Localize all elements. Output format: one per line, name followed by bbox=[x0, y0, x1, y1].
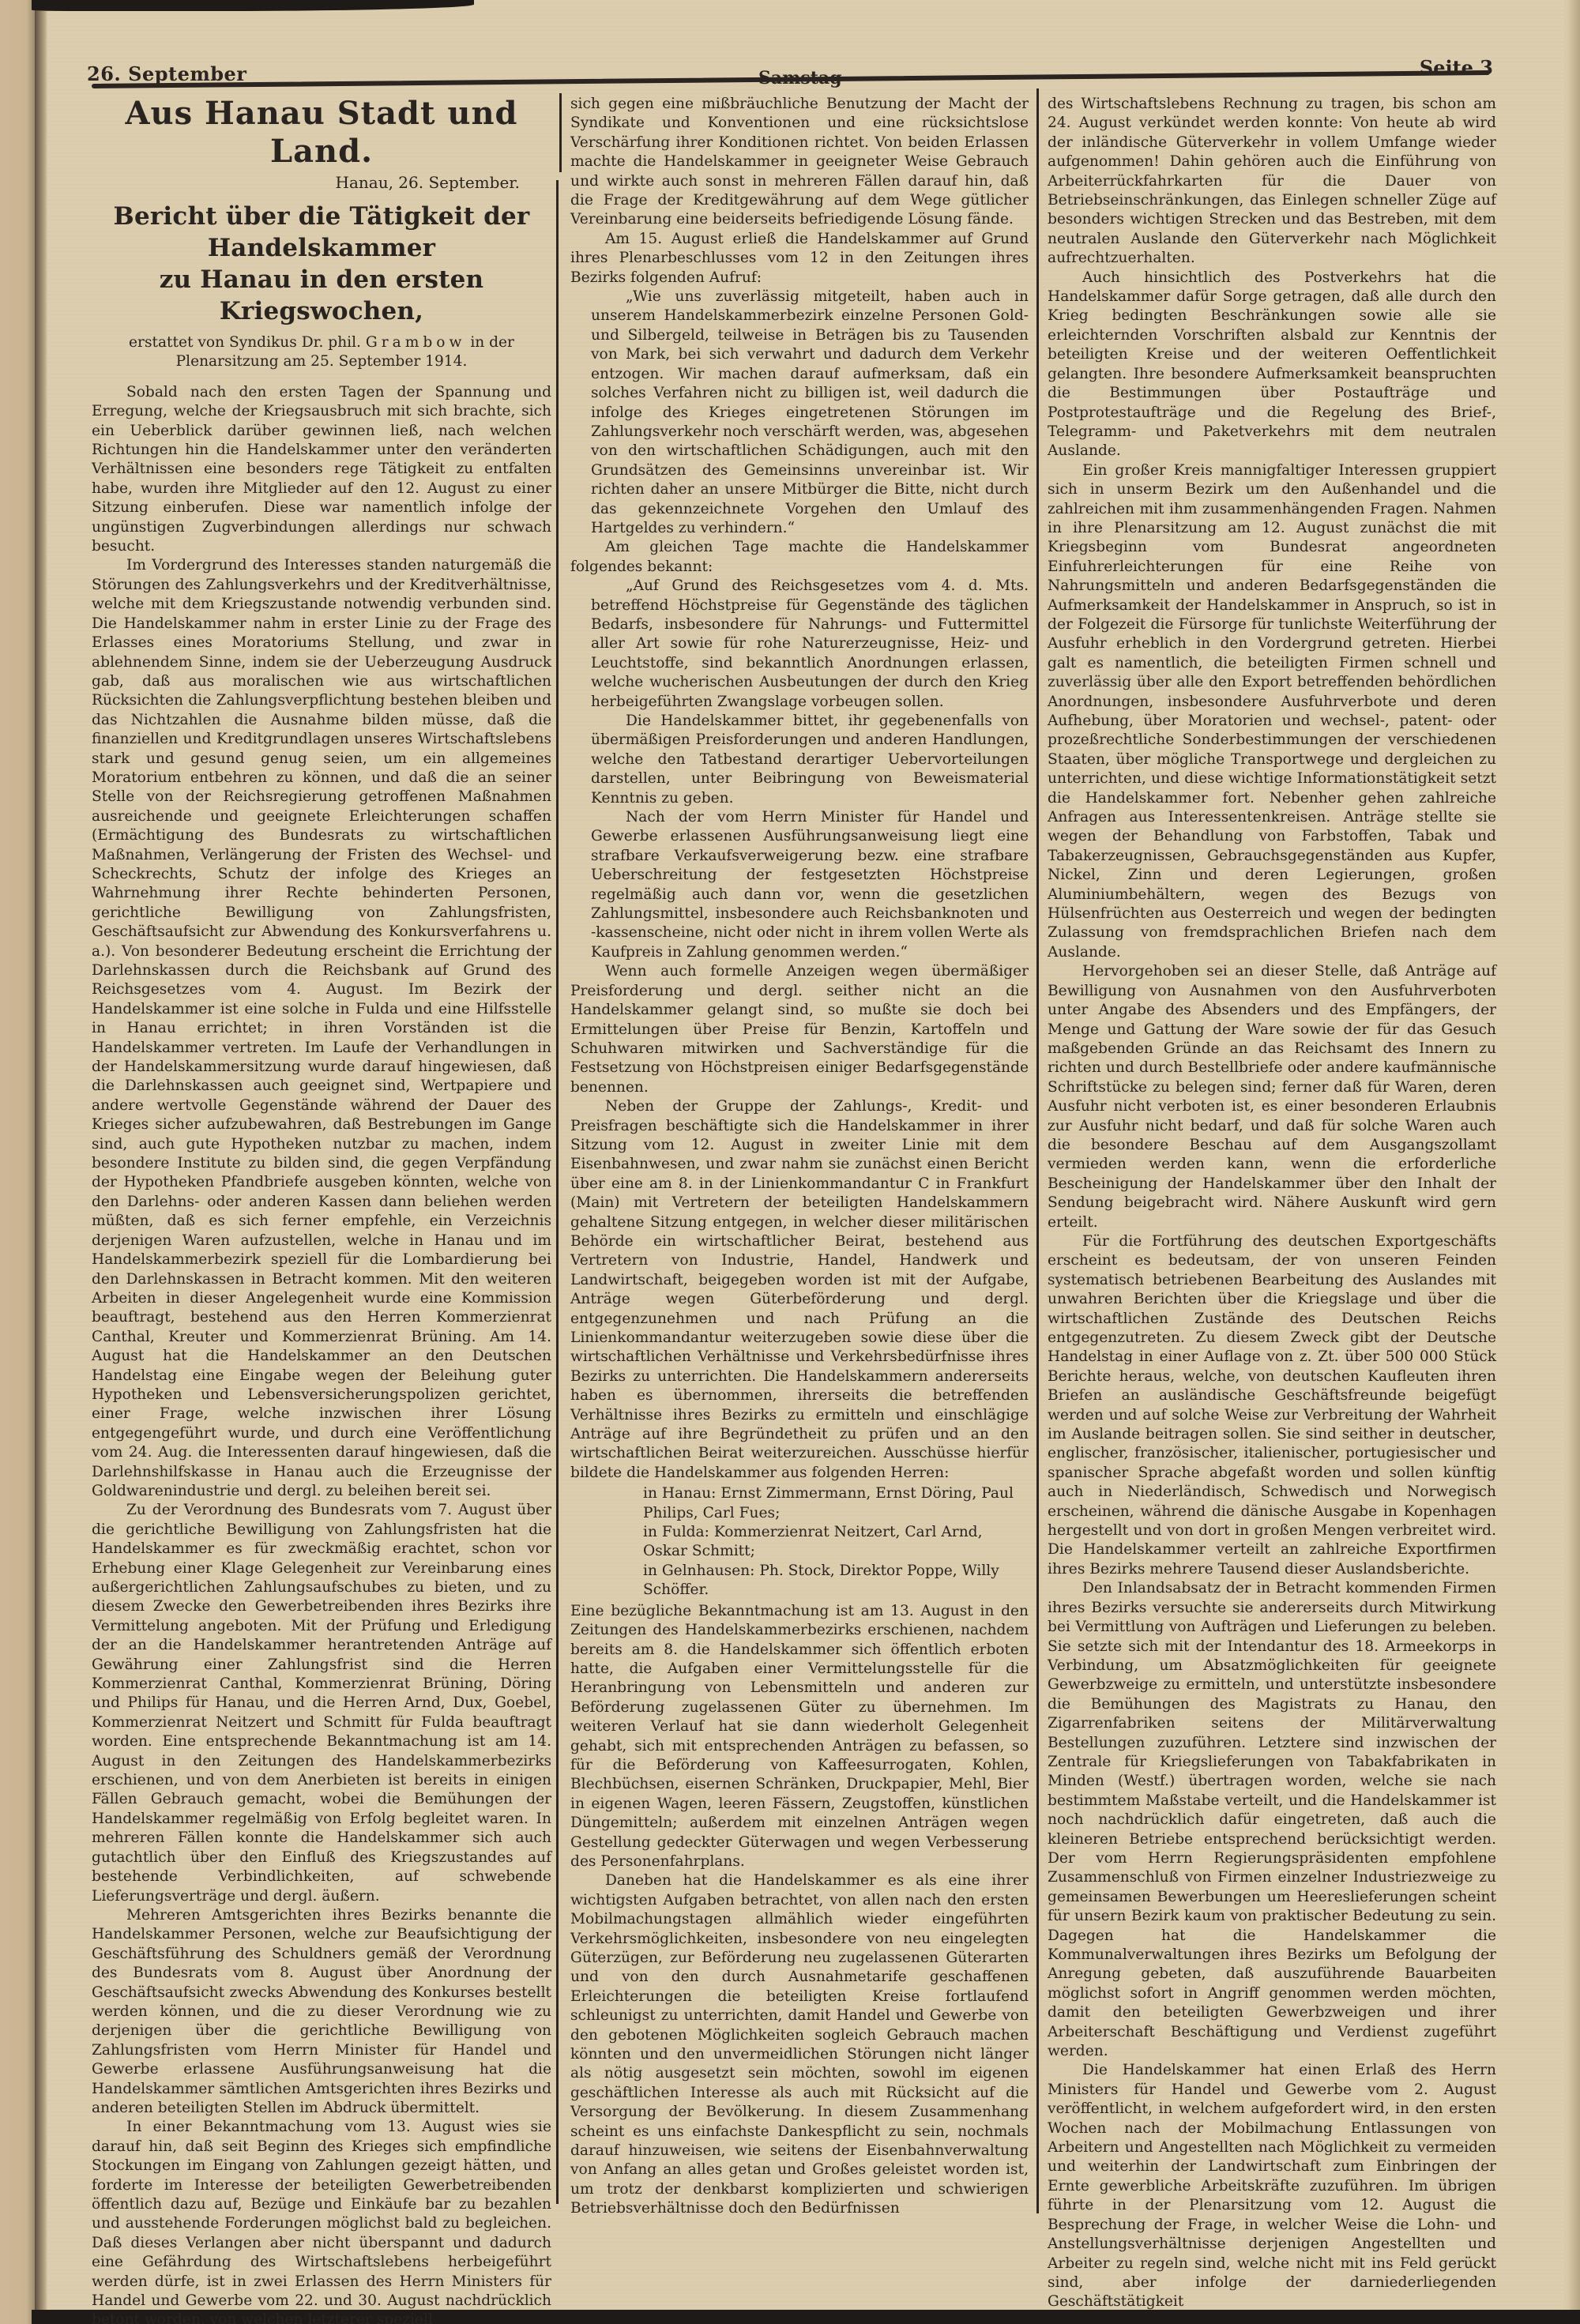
paragraph: des Wirtschaftslebens Rechnung zu tragen… bbox=[1048, 95, 1496, 269]
paragraph: Mehreren Amtsgerichten ihres Bezirks ben… bbox=[92, 1906, 551, 2118]
previous-page-edge bbox=[0, 0, 38, 2324]
committee-place: in Fulda: bbox=[643, 1524, 714, 1540]
paragraph: Für die Fortführung des deutschen Export… bbox=[1048, 1232, 1496, 1579]
committee-entry: in Hanau: Ernst Zimmermann, Ernst Döring… bbox=[570, 1484, 1029, 1523]
committee-entry: in Fulda: Kommerzienrat Neitzert, Carl A… bbox=[570, 1523, 1029, 1562]
paragraph: Am 15. August erließ die Handelskammer a… bbox=[570, 230, 1029, 288]
paragraph: In einer Bekanntmachung vom 13. August w… bbox=[92, 2118, 551, 2324]
scan-right-edge bbox=[1567, 0, 1580, 2324]
paragraph: Die Handelskammer hat einen Erlaß des He… bbox=[1048, 2061, 1496, 2311]
byline-prefix: erstattet von Syndikus Dr. phil. bbox=[129, 334, 361, 351]
committee-place: in Gelnhausen: bbox=[643, 1562, 759, 1579]
paragraph: „Wie uns zuverlässig mitgeteilt, haben a… bbox=[591, 288, 1029, 538]
text-column-3: des Wirtschaftslebens Rechnung zu tragen… bbox=[1048, 95, 1496, 2312]
section-heading: Aus Hanau Stadt und Land. bbox=[92, 95, 551, 171]
article-title-line-2: zu Hanau in den ersten Kriegswochen, bbox=[92, 264, 551, 327]
paragraph: Den Inlandsabsatz der in Betracht kommen… bbox=[1048, 1579, 1496, 2061]
column-divider-1b bbox=[556, 180, 559, 2204]
paragraph: Im Vordergrund des Interesses standen na… bbox=[92, 556, 551, 1501]
committee-entry: in Gelnhausen: Ph. Stock, Direktor Poppe… bbox=[570, 1562, 1029, 1600]
dateline: Hanau, 26. September. bbox=[92, 172, 520, 193]
paragraph: Daneben hat die Handelskammer es als ein… bbox=[570, 1871, 1029, 2218]
committee-place: in Hanau: bbox=[643, 1485, 720, 1502]
text-column-1: Aus Hanau Stadt und Land. Hanau, 26. Sep… bbox=[92, 95, 551, 2324]
article-byline: erstattet von Syndikus Dr. phil. Grambow… bbox=[92, 333, 551, 372]
paragraph: Die Handelskammer bittet, ihr gegebenenf… bbox=[591, 712, 1029, 808]
paragraph: sich gegen eine mißbräuchliche Benutzung… bbox=[570, 95, 1029, 230]
column-2-body: sich gegen eine mißbräuchliche Benutzung… bbox=[570, 95, 1029, 1483]
paragraph: Auch hinsichtlich des Postverkehrs hat d… bbox=[1048, 269, 1496, 461]
paragraph: „Auf Grund des Reichsgesetzes vom 4. d. … bbox=[591, 577, 1029, 712]
paragraph: Am gleichen Tage machte die Handelskamme… bbox=[570, 538, 1029, 577]
paragraph: Wenn auch formelle Anzeigen wegen übermä… bbox=[570, 962, 1029, 1097]
paragraph: Hervorgehoben sei an dieser Stelle, daß … bbox=[1048, 962, 1496, 1232]
paragraph: Sobald nach den ersten Tagen der Spannun… bbox=[92, 383, 551, 557]
committee-list: in Hanau: Ernst Zimmermann, Ernst Döring… bbox=[570, 1484, 1029, 1600]
column-3-body: des Wirtschaftslebens Rechnung zu tragen… bbox=[1048, 95, 1496, 2312]
paragraph: Ein großer Kreis mannigfaltiger Interess… bbox=[1048, 461, 1496, 963]
binding-gutter-shadow bbox=[35, 0, 47, 2324]
paragraph: Eine bezügliche Bekanntmachung ist am 13… bbox=[570, 1602, 1029, 1872]
article-title-line-1: Bericht über die Tätigkeit der Handelska… bbox=[92, 201, 551, 264]
column-divider-1a bbox=[559, 93, 562, 172]
paragraph: Zu der Verordnung des Bundesrats vom 7. … bbox=[92, 1501, 551, 1906]
paragraph: Neben der Gruppe der Zahlungs-, Kredit- … bbox=[570, 1097, 1029, 1483]
column-divider-2 bbox=[1036, 88, 1039, 2213]
column-2-body-continued: Eine bezügliche Bekanntmachung ist am 13… bbox=[570, 1602, 1029, 2219]
byline-author: Grambow bbox=[366, 334, 465, 351]
column-1-body: Sobald nach den ersten Tagen der Spannun… bbox=[92, 383, 551, 2324]
paragraph: Nach der vom Herrn Minister für Handel u… bbox=[591, 808, 1029, 962]
article-title: Bericht über die Tätigkeit der Handelska… bbox=[92, 201, 551, 327]
text-column-2: sich gegen eine mißbräuchliche Benutzung… bbox=[570, 95, 1029, 2219]
scanned-newspaper-page: 26. September Samstag Seite 3 Aus Hanau … bbox=[0, 0, 1580, 2324]
